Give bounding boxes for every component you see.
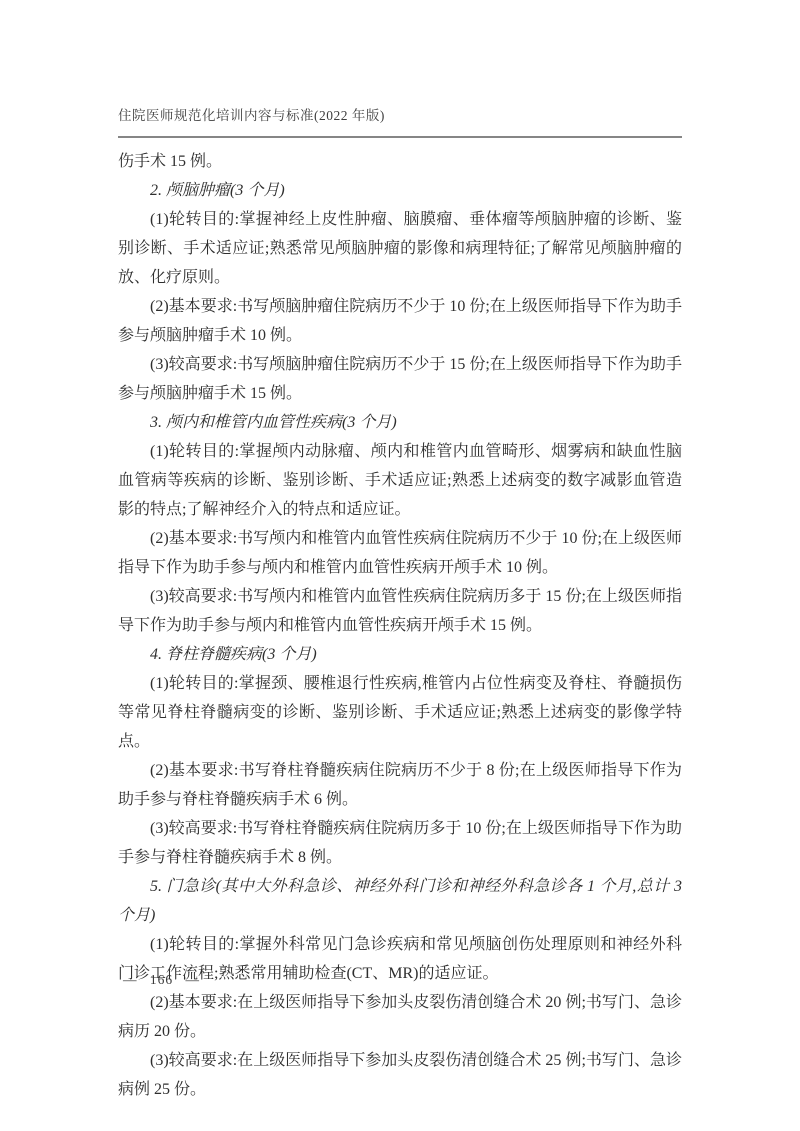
paragraph: (1)轮转目的:掌握颅内动脉瘤、颅内和椎管内血管畸形、烟雾病和缺血性脑血管病等疾…: [118, 437, 682, 524]
section-heading: 4. 脊柱脊髓疾病(3 个月): [118, 640, 682, 669]
paragraph: 伤手术 15 例。: [118, 147, 682, 176]
paragraph: (1)轮转目的:掌握外科常见门急诊疾病和常见颅脑创伤处理原则和神经外科门诊工作流…: [118, 930, 682, 988]
paragraph: (3)较高要求:在上级医师指导下参加头皮裂伤清创缝合术 25 例;书写门、急诊病…: [118, 1046, 682, 1104]
paragraph: (2)基本要求:书写脊柱脊髓疾病住院病历不少于 8 份;在上级医师指导下作为助手…: [118, 756, 682, 814]
paragraph: (1)轮转目的:掌握颈、腰椎退行性疾病,椎管内占位性病变及脊柱、脊髓损伤等常见脊…: [118, 669, 682, 756]
paragraph: (3)较高要求:书写颅脑肿瘤住院病历不少于 15 份;在上级医师指导下作为助手参…: [118, 350, 682, 408]
section-heading: 2. 颅脑肿瘤(3 个月): [118, 176, 682, 205]
document-page: 住院医师规范化培训内容与标准(2022 年版) 伤手术 15 例。2. 颅脑肿瘤…: [0, 0, 800, 1131]
paragraph: (2)基本要求:书写颅内和椎管内血管性疾病住院病历不少于 10 份;在上级医师指…: [118, 524, 682, 582]
header-rule-divider: [118, 136, 682, 138]
section-heading: 5. 门急诊(其中大外科急诊、神经外科门诊和神经外科急诊各 1 个月,总计 3 …: [118, 872, 682, 930]
section-heading: 3. 颅内和椎管内血管性疾病(3 个月): [118, 408, 682, 437]
paragraph: (3)较高要求:书写颅内和椎管内血管性疾病住院病历多于 15 份;在上级医师指导…: [118, 582, 682, 640]
page-number: — 166 —: [123, 971, 200, 989]
running-head: 住院医师规范化培训内容与标准(2022 年版): [118, 106, 682, 126]
paragraph: (2)基本要求:书写颅脑肿瘤住院病历不少于 10 份;在上级医师指导下作为助手参…: [118, 292, 682, 350]
paragraph: (2)基本要求:在上级医师指导下参加头皮裂伤清创缝合术 20 例;书写门、急诊病…: [118, 988, 682, 1046]
paragraph: (1)轮转目的:掌握神经上皮性肿瘤、脑膜瘤、垂体瘤等颅脑肿瘤的诊断、鉴别诊断、手…: [118, 205, 682, 292]
page-body: 伤手术 15 例。2. 颅脑肿瘤(3 个月)(1)轮转目的:掌握神经上皮性肿瘤、…: [118, 147, 682, 1104]
paragraph: (3)较高要求:书写脊柱脊髓疾病住院病历多于 10 份;在上级医师指导下作为助手…: [118, 814, 682, 872]
